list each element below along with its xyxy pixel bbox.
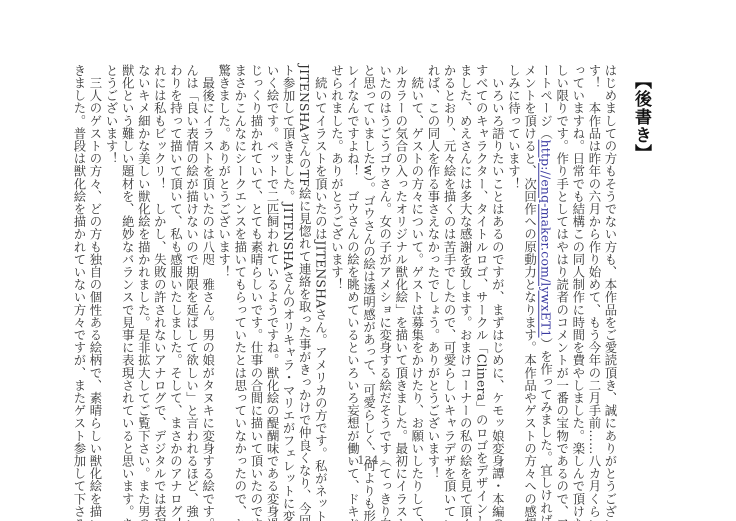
text-column: ないキメ細かな美しい獣化絵を描かれました。是非拡大してご覧下さい。また男の娘の (135, 64, 151, 426)
text-column: っていますね。日常でも結構この同人制作に時間を費やしました。楽しんで頂けたら嬉 (570, 64, 586, 426)
text-column: 三人のゲストの方々、どの方も独自の個性ある絵柄で、素晴らしい獣化絵を描いて頂 (87, 64, 103, 426)
text-column: しい限りです。作り手としてはやはり読者のコメントが一番の宝物であるので、アンケ (554, 64, 570, 426)
text-column: れには私もビックリ！ しかし、失敗の許されないアナログで、デジタルでは表現でき (151, 64, 167, 426)
text-column: れば、この同人を作る事さえなかったでしょう。ありがとうございます！ (425, 64, 441, 426)
text-column: ト参加して頂きました。JITENSHAさんのオリキャラ・マリエがフェレットに変身… (280, 64, 296, 426)
text-column: メントを頂けると、次回作への原動力となります。本作品やゲストの方々への感想を楽 (521, 64, 537, 426)
text-column: いく絵です。ペットで二匹飼われているようですね。獣化絵の醍醐味である変身過程が (264, 64, 280, 426)
text-column: きました。普段は獣化絵を描かれていない方々ですが、またゲスト参加して下さるよう、 (71, 64, 87, 426)
text-column: 驚きました。ありがとうございます！ (216, 64, 232, 426)
text-column: いたのはうごうゴウさん。女の子がアメショに変身する絵だそうです（てっきり白虎か (377, 64, 393, 426)
text-column: ルカラーの気合の入ったオリジナル獣化絵」を描いて頂きました。最初にイラストを頂 (393, 64, 409, 426)
text-column: せられました。ありがとうございます！ (328, 64, 344, 426)
afterword-body: はじめましての方もそうでない方も、本作品をご愛読頂き、誠にありがとうございま す… (71, 64, 618, 426)
text-column: かるとおり、元々絵を描くのは苦手でしたので、可愛らしいキャラデザを頂いていなけ (441, 64, 457, 426)
text-column: わりを持って描いて頂いて、私も感服いたしました。そして、まさかのアナログ！ こ (167, 64, 183, 426)
text-column: じっくり描かれていて、とても素晴らしいです。仕事の合間に描いて頂いたのですが、 (248, 64, 264, 426)
text-column: いろいろ語りたいことはあるのですが、まずはじめに、ケモッ娘変身譚・本編のほぼ (489, 64, 505, 426)
page-number: - 134 - (0, 454, 736, 467)
text-column: JITENSHAさんのTF絵に見惚れて連絡を取った事がきっかけで仲良くなり、今回… (296, 64, 312, 426)
text-column: しみに待っています！ (505, 64, 521, 426)
text-column: 続いてイラストを頂いたのはJITENSHAさん。アメリカの方です。私がネット上で (312, 64, 328, 426)
text-column: んは「良い表情の絵が描けないので期限を延ばして欲しい」と言われるほど、強いこだ (183, 64, 199, 426)
text-column: 最後にイラストを頂いたのは八咫 雅さん。男の娘がタヌキに変身する絵です。雅さ (200, 64, 216, 426)
text-column: レイなんですよね！ ゴウさんの絵を眺めているといろいろ妄想が働いて、ドキドキさ (344, 64, 360, 426)
text-column: すべてのキャラクター、タイトルロゴ、サークル「Clinera」のロゴをデザインし… (473, 64, 489, 426)
book-page: 【後書き】 はじめましての方もそうでない方も、本作品をご愛読頂き、誠にありがとう… (0, 0, 736, 521)
text-column-with-survey-link[interactable]: ートページ（http://enq-maker.com/lywxET1）を作ってみ… (538, 64, 554, 426)
text-column: ました、めえさんには多大な感謝を致します。おまけコーナーの私の絵を見て頂くとわ (457, 64, 473, 426)
text-column: と思っていましたw）。ゴウさんの絵は透明感があって、可愛らしく、何よりも形がキ (361, 64, 377, 426)
text-column: とうございます！ (103, 64, 119, 426)
text-column: 続いて、ゲストの方々について。ゲストは募集をかけたり、お願いしたりして、「フ (409, 64, 425, 426)
survey-link[interactable]: http://enq-maker.com/lywxET1 (539, 140, 554, 338)
text-column: す！ 本作品は昨年の六月から作り始めて、もう今年の二月手前……八カ月くらいかか (586, 64, 602, 426)
afterword-heading: 【後書き】 (630, 72, 652, 162)
text-column: まさかこんなにシークエンスを描いてもらっていたとは思っていなかったので、とても (232, 64, 248, 426)
text-column: 獣化という難しい題材を、絶妙なバランスで見事に表現されていると思います。ありが (119, 64, 135, 426)
text-column: はじめましての方もそうでない方も、本作品をご愛読頂き、誠にありがとうございま (602, 64, 618, 426)
